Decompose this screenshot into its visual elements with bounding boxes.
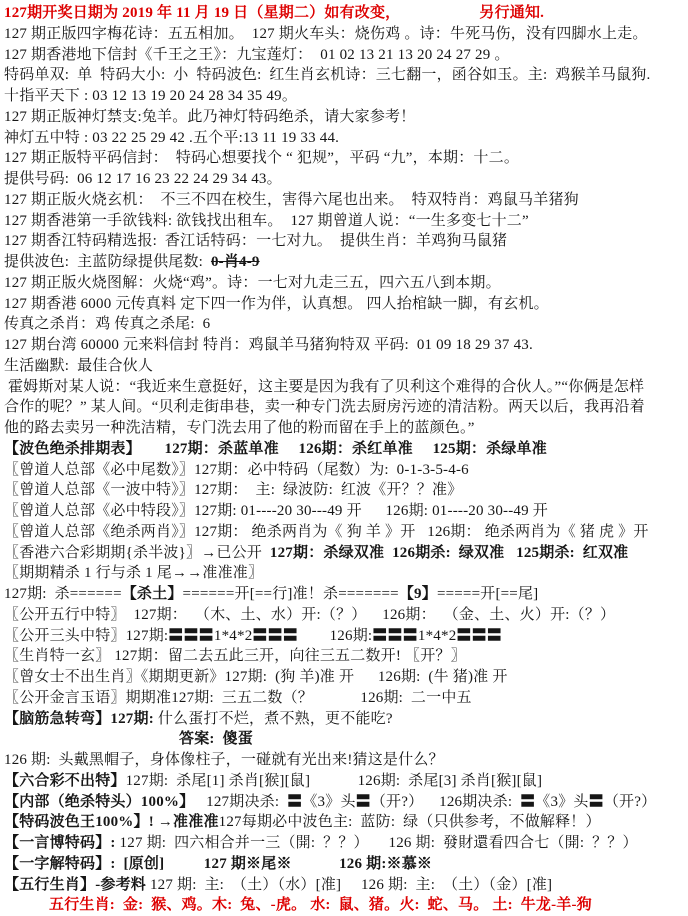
text-line: 霍姆斯对某人说：“我近来生意挺好，这主要是因为我有了贝利这个难得的合伙人。”“你… — [4, 377, 688, 398]
text-segment: 【六合彩不出特】 — [4, 773, 126, 789]
text-segment: 传真之杀肖：鸡 传真之杀尾: 6 — [4, 316, 210, 332]
text-segment: 127 期香港第一手欲钱料: 欲钱找出租车。 127 期曾道人说：“一生多变七十… — [4, 213, 529, 229]
text-line: 【内部（绝杀特头）100%】 127期决杀: 〓《3》头〓（开?） 126期决杀… — [4, 792, 688, 813]
text-segment: 〖曾道人总部《必中尾数》〗127期：必中特码（尾数）为: 0-1-3-5-4-6 — [4, 462, 469, 478]
text-line: 【波色绝杀排期表】 127期：杀蓝单准 126期：杀红单准 125期：杀绿单准 — [4, 439, 688, 460]
text-segment: 〖公开金言玉语〗期期准127期: 三五二数（？ 126期: 二一中五 — [4, 690, 472, 706]
text-line: 【一言博特码】: 127 期: 四六相合并一三（開: ？？） 126 期: 發財… — [4, 833, 688, 854]
text-line: 神灯五中特 : 03 22 25 29 42 .五个平:13 11 19 33 … — [4, 128, 688, 149]
text-segment: 特码单双: 单 特码大小: 小 特码波色: 红生肖玄机诗：三七翻一，函谷如玉。主… — [4, 67, 650, 83]
text-line: 127 期正版火烧图解：火烧“鸡”。诗：一七对九走三五，四六五八到本期。 — [4, 273, 688, 294]
text-line: 十指平天下 : 03 12 13 19 20 24 28 34 35 49。 — [4, 86, 688, 107]
text-segment: 提供号码: 06 12 17 16 23 22 24 29 34 43。 — [4, 171, 282, 187]
text-line: 〖香港六合彩期期{杀半波}〗→已公开 127期：杀绿双准 126期杀: 绿双准 … — [4, 543, 688, 564]
text-segment: 126 期:※慕※ — [339, 856, 432, 872]
text-segment: 〓 — [356, 794, 371, 810]
text-segment: （开?） — [604, 794, 656, 810]
text-line: 127 期正版火烧玄机： 不三不四在校生，害得六尾也出来。 特双特肖：鸡鼠马羊猪… — [4, 190, 688, 211]
text-segment — [164, 856, 204, 872]
text-segment — [292, 856, 339, 872]
text-line: 127 期正版四字梅花诗：五五相加。 127 期火车头：烧伤鸡 。诗：牛死马伤，… — [4, 24, 688, 45]
text-segment: 答案: 傻蛋 — [179, 731, 253, 747]
text-segment: 生活幽默: 最佳合伙人 — [4, 358, 153, 374]
text-segment: 霍姆斯对某人说：“我近来生意挺好，这主要是因为我有了贝利这个难得的合伙人。”“你… — [4, 379, 644, 395]
text-segment: 〓〓〓 — [252, 628, 298, 644]
text-segment: 【杀土】 — [122, 586, 183, 602]
text-line: 生活幽默: 最佳合伙人 — [4, 356, 688, 377]
text-line: 提供号码: 06 12 17 16 23 22 24 29 34 43。 — [4, 169, 688, 190]
text-line: 127期: 杀======【杀土】======开[==行]准！杀=======【… — [4, 584, 688, 605]
text-segment: 127期开奖日期为 2019 年 11 月 19 日（星期二）如有改变， — [4, 5, 400, 21]
text-segment: 127 期香港地下信封《千王之王》：九宝莲灯： 01 02 13 21 13 2… — [4, 47, 510, 63]
text-segment: 127期：杀绿双准 126期杀: 绿双准 125期杀: 红双准 — [270, 545, 628, 561]
text-segment: 〖公开三头中特〗127期: — [4, 628, 168, 644]
text-segment: 〖曾道人总部《一波中特》〗127期： 主: 绿波防: 红波《开？？准》 — [4, 482, 462, 498]
text-segment: 【五行生肖】-参考料 — [4, 877, 146, 893]
text-segment: 【一字解特码】: [原创] — [4, 856, 164, 872]
text-line: 〖公开三头中特〗127期:〓〓〓1*4*2〓〓〓 126期:〓〓〓1*4*2〓〓… — [4, 626, 688, 647]
text-segment: （开?） 126期决杀: — [371, 794, 520, 810]
text-segment: 127 期正版神灯禁支:兔羊。此乃神灯特码绝杀，请大家参考！ — [4, 109, 415, 125]
text-segment: 〖曾女士不出生肖〗《期期更新》127期: (狗 羊)准 开 126期: (牛 猪… — [4, 669, 508, 685]
text-line: 【六合彩不出特】127期: 杀尾[1] 杀肖[猴][鼠] 126期: 杀尾[3]… — [4, 771, 688, 792]
text-segment: 另行通知. — [479, 5, 544, 21]
text-segment: 〖生肖特一玄〗 127期：留二去五此三开，向往三五二数开! 〖开？〗 — [4, 648, 466, 664]
text-segment: 【9】 — [399, 586, 437, 602]
text-segment: 神灯五中特 : 03 22 25 29 42 .五个平:13 11 19 33 … — [4, 130, 339, 146]
text-segment: 〖曾道人总部《绝杀两肖》〗127期： 绝杀两肖为《 狗 羊 》开 126期： 绝… — [4, 524, 649, 540]
text-segment: 《3》头 — [535, 794, 588, 810]
text-segment: 127期决杀: — [194, 794, 287, 810]
text-segment: 1*4*2 — [418, 628, 457, 644]
text-segment: 126期: — [298, 628, 372, 644]
text-segment: 127 期: 四六相合并一三（開: ？？） 126 期: 發財還看四合七（開: … — [116, 835, 638, 851]
text-segment: 127 期香江特码精选报: 香江话特码：一七对九。 提供生肖：羊鸡狗马鼠猪 — [4, 233, 507, 249]
text-line: 126 期: 头戴黑帽子，身体像柱子，一碰就有光出来!猜这是什么？ — [4, 750, 688, 771]
text-segment: 〓〓〓 — [372, 628, 418, 644]
text-line: 127 期香江特码精选报: 香江话特码：一七对九。 提供生肖：羊鸡狗马鼠猪 — [4, 231, 688, 252]
text-line: 提供波色: 主蓝防绿提供尾数: 0-肖4-9 — [4, 252, 688, 273]
text-line: 〖公开五行中特〗 127期： （木、土、水）开:（？） 126期： （金、土、火… — [4, 605, 688, 626]
text-line: 〖曾道人总部《必中尾数》〗127期：必中特码（尾数）为: 0-1-3-5-4-6 — [4, 460, 688, 481]
text-line: 【一字解特码】: [原创] 127 期※尾※ 126 期:※慕※ — [4, 854, 688, 875]
title-line: 127期开奖日期为 2019 年 11 月 19 日（星期二）如有改变， 另行通… — [4, 3, 688, 24]
text-segment: 《3》头 — [302, 794, 355, 810]
text-segment: 〓〓〓 — [456, 628, 502, 644]
text-segment: 127 期台湾 60000 元来料信封 特肖：鸡鼠羊马猪狗特双 平码: 01 0… — [4, 337, 533, 353]
text-segment: 127 期正版四字梅花诗：五五相加。 127 期火车头：烧伤鸡 。诗：牛死马伤，… — [4, 26, 648, 42]
text-line: 〖曾道人总部《一波中特》〗127期： 主: 绿波防: 红波《开？？准》 — [4, 480, 688, 501]
text-line: 〖曾女士不出生肖〗《期期更新》127期: (狗 羊)准 开 126期: (牛 猪… — [4, 667, 688, 688]
text-line: 他的路去卖另一种洗洁精，专门洗去用了他的粉而留在手上的蓝颜色。” — [4, 418, 688, 439]
text-line: 〖期期精杀 1 行与杀 1 尾→→准准准〗 — [4, 563, 688, 584]
text-segment: 【特码波色王100%】! →准准准 — [4, 814, 219, 830]
text-segment: 十指平天下 : 03 12 13 19 20 24 28 34 35 49。 — [4, 88, 297, 104]
text-segment: 〖期期精杀 1 行与杀 1 尾→→准准准〗 — [4, 565, 263, 581]
text-line: 127 期正版特平码信封： 特码心想要找个 “ 犯规”，平码 “九”，本期：十二… — [4, 148, 688, 169]
text-line: 〖曾道人总部《必中特段》〗127期: 01----20 30---49 开 12… — [4, 501, 688, 522]
lottery-tip-sheet: 127期开奖日期为 2019 年 11 月 19 日（星期二）如有改变， 另行通… — [0, 0, 688, 916]
text-segment: 〓 — [520, 794, 535, 810]
text-segment: 126 期: 头戴黑帽子，身体像柱子，一碰就有光出来!猜这是什么？ — [4, 752, 444, 768]
text-segment: 提供波色: 主蓝防绿提供尾数: — [4, 254, 211, 270]
text-line: 127 期香港第一手欲钱料: 欲钱找出租车。 127 期曾道人说：“一生多变七十… — [4, 211, 688, 232]
text-segment: 127期: 杀尾[1] 杀肖[猴][鼠] 126期: 杀尾[3] 杀肖[猴][鼠… — [126, 773, 543, 789]
text-segment: 127每期必中波色主: 蓝防: 绿（只供参考，不做解释！） — [219, 814, 601, 830]
text-line: 答案: 傻蛋 — [4, 729, 688, 750]
text-segment: =====开[==尾] — [437, 586, 538, 602]
text-segment: 0-肖4-9 — [211, 254, 260, 270]
text-line: 〖生肖特一玄〗 127期：留二去五此三开，向往三五二数开! 〖开？〗 — [4, 646, 688, 667]
text-line: 〖曾道人总部《绝杀两肖》〗127期： 绝杀两肖为《 狗 羊 》开 126期： 绝… — [4, 522, 688, 543]
text-segment: 【一言博特码】: — [4, 835, 116, 851]
text-segment: 127 期正版火烧玄机： 不三不四在校生，害得六尾也出来。 特双特肖：鸡鼠马羊猪… — [4, 192, 579, 208]
text-line: 127 期香港 6000 元传真料 定下四一作为伴，认真想。 四人抬棺缺一脚，有… — [4, 294, 688, 315]
text-line: 127 期香港地下信封《千王之王》：九宝莲灯： 01 02 13 21 13 2… — [4, 45, 688, 66]
text-line: 特码单双: 单 特码大小: 小 特码波色: 红生肖玄机诗：三七翻一，函谷如玉。主… — [4, 65, 688, 86]
text-segment: 127 期: 主: （土）（水）[准] 126 期: 主: （土）（金）[准] — [146, 877, 552, 893]
text-segment: 【波色绝杀排期表】 127期：杀蓝单准 126期：杀红单准 125期：杀绿单准 — [4, 441, 547, 457]
text-segment: 127 期香港 6000 元传真料 定下四一作为伴，认真想。 四人抬棺缺一脚，有… — [4, 296, 549, 312]
text-segment: 【脑筋急转弯】127期: — [4, 711, 154, 727]
text-segment: 〓〓〓 — [168, 628, 214, 644]
text-segment: 五行生肖: 金: 猴、鸡。木: 兔、-虎。 水: 鼠、猪。火: 蛇、马。 土: … — [49, 897, 592, 913]
text-segment: 127期: 杀====== — [4, 586, 122, 602]
text-segment: 1*4*2 — [214, 628, 253, 644]
text-line: 合作的呢？” 某人间。“贝利走街串巷，卖一种专门洗去厨房污迹的清洁粉。两天以后，… — [4, 397, 688, 418]
text-segment — [400, 5, 479, 21]
text-segment: ======开[==行]准！杀======= — [183, 586, 399, 602]
text-segment: 〓 — [589, 794, 604, 810]
text-line: 127 期台湾 60000 元来料信封 特肖：鸡鼠羊马猪狗特双 平码: 01 0… — [4, 335, 688, 356]
text-segment: 127 期正版特平码信封： 特码心想要找个 “ 犯规”，平码 “九”，本期：十二… — [4, 150, 519, 166]
text-segment: 【内部（绝杀特头）100%】 — [4, 794, 194, 810]
text-segment: 〖香港六合彩期期{杀半波}〗→已公开 — [4, 545, 270, 561]
text-segment: 〖公开五行中特〗 127期： （木、土、水）开:（？） 126期： （金、土、火… — [4, 607, 615, 623]
text-line: 【特码波色王100%】! →准准准127每期必中波色主: 蓝防: 绿（只供参考，… — [4, 812, 688, 833]
text-segment: 合作的呢？” 某人间。“贝利走街串巷，卖一种专门洗去厨房污迹的清洁粉。两天以后，… — [4, 399, 645, 415]
text-line: 【脑筋急转弯】127期: 什么蛋打不烂，煮不熟，更不能吃? — [4, 709, 688, 730]
text-segment: 127 期正版火烧图解：火烧“鸡”。诗：一七对九走三五，四六五八到本期。 — [4, 275, 501, 291]
text-segment: 〓 — [287, 794, 302, 810]
text-segment: 127 期※尾※ — [204, 856, 292, 872]
text-segment: 他的路去卖另一种洗洁精，专门洗去用了他的粉而留在手上的蓝颜色。” — [4, 420, 475, 436]
text-line: 五行生肖: 金: 猴、鸡。木: 兔、-虎。 水: 鼠、猪。火: 蛇、马。 土: … — [4, 895, 688, 916]
text-segment: 什么蛋打不烂，煮不熟，更不能吃? — [154, 711, 393, 727]
text-line: 【五行生肖】-参考料 127 期: 主: （土）（水）[准] 126 期: 主:… — [4, 875, 688, 896]
text-line: 传真之杀肖：鸡 传真之杀尾: 6 — [4, 314, 688, 335]
text-segment: 〖曾道人总部《必中特段》〗127期: 01----20 30---49 开 12… — [4, 503, 548, 519]
text-line: 〖公开金言玉语〗期期准127期: 三五二数（？ 126期: 二一中五 — [4, 688, 688, 709]
text-line: 127 期正版神灯禁支:兔羊。此乃神灯特码绝杀，请大家参考！ — [4, 107, 688, 128]
